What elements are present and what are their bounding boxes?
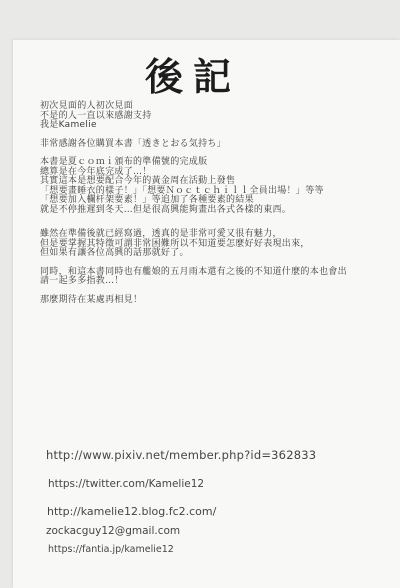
pixiv-url: http://www.pixiv.net/member.php?id=36283… bbox=[46, 448, 386, 462]
afterword-body: 初次見面的人初次見面 不是的人一直以來感謝支持 我是Kamelie 非常感謝各位… bbox=[40, 102, 390, 314]
twitter-url: https://twitter.com/Kamelie12 bbox=[48, 478, 386, 490]
text-line: 那麼期待在某處再相見！ bbox=[40, 296, 390, 306]
paragraph-greeting: 初次見面的人初次見面 不是的人一直以來感謝支持 我是Kamelie bbox=[40, 102, 390, 131]
paragraph-farewell: 那麼期待在某處再相見！ bbox=[40, 296, 390, 306]
paragraph-upcoming-books: 同時，和這本書同時也有艦娘的五月雨本還有之後的不知道什麼的本也會出 請一起多多指… bbox=[40, 268, 390, 287]
paragraph-character-notes: 雖然在準備後就已經寫過，透真的是非常可愛又很有魅力， 但是要掌握其特徵可謂非常困… bbox=[40, 230, 390, 259]
paragraph-book-background: 本書是夏ｃｏｍｉ頒布的準備號的完成版 總算是在今年底完成了…！ 其實這本是想要配… bbox=[40, 158, 390, 215]
text-line: 我是Kamelie bbox=[40, 121, 390, 131]
afterword-page: 後記 初次見面的人初次見面 不是的人一直以來感謝支持 我是Kamelie 非常感… bbox=[13, 40, 400, 588]
email-address: zockacguy12@gmail.com bbox=[46, 525, 386, 537]
fantia-url: https://fantia.jp/kamelie12 bbox=[48, 544, 386, 555]
text-line: 就是不停推遲到冬天…但是很高興能夠畫出各式各樣的東西。 bbox=[40, 206, 390, 216]
text-line: 但如果有讓各位高興的話那就好了。 bbox=[40, 249, 390, 259]
text-line: 請一起多多指教…！ bbox=[40, 277, 390, 287]
contact-links: http://www.pixiv.net/member.php?id=36283… bbox=[46, 448, 386, 555]
page-title: 後記 bbox=[13, 46, 373, 101]
scanned-document: 後記 初次見面的人初次見面 不是的人一直以來感謝支持 我是Kamelie 非常感… bbox=[0, 0, 400, 588]
blog-url: http://kamelie12.blog.fc2.com/ bbox=[47, 505, 386, 518]
paragraph-thanks: 非常感謝各位購買本書「透きとおる気持ち」 bbox=[40, 140, 390, 150]
text-line: 非常感謝各位購買本書「透きとおる気持ち」 bbox=[40, 140, 390, 150]
